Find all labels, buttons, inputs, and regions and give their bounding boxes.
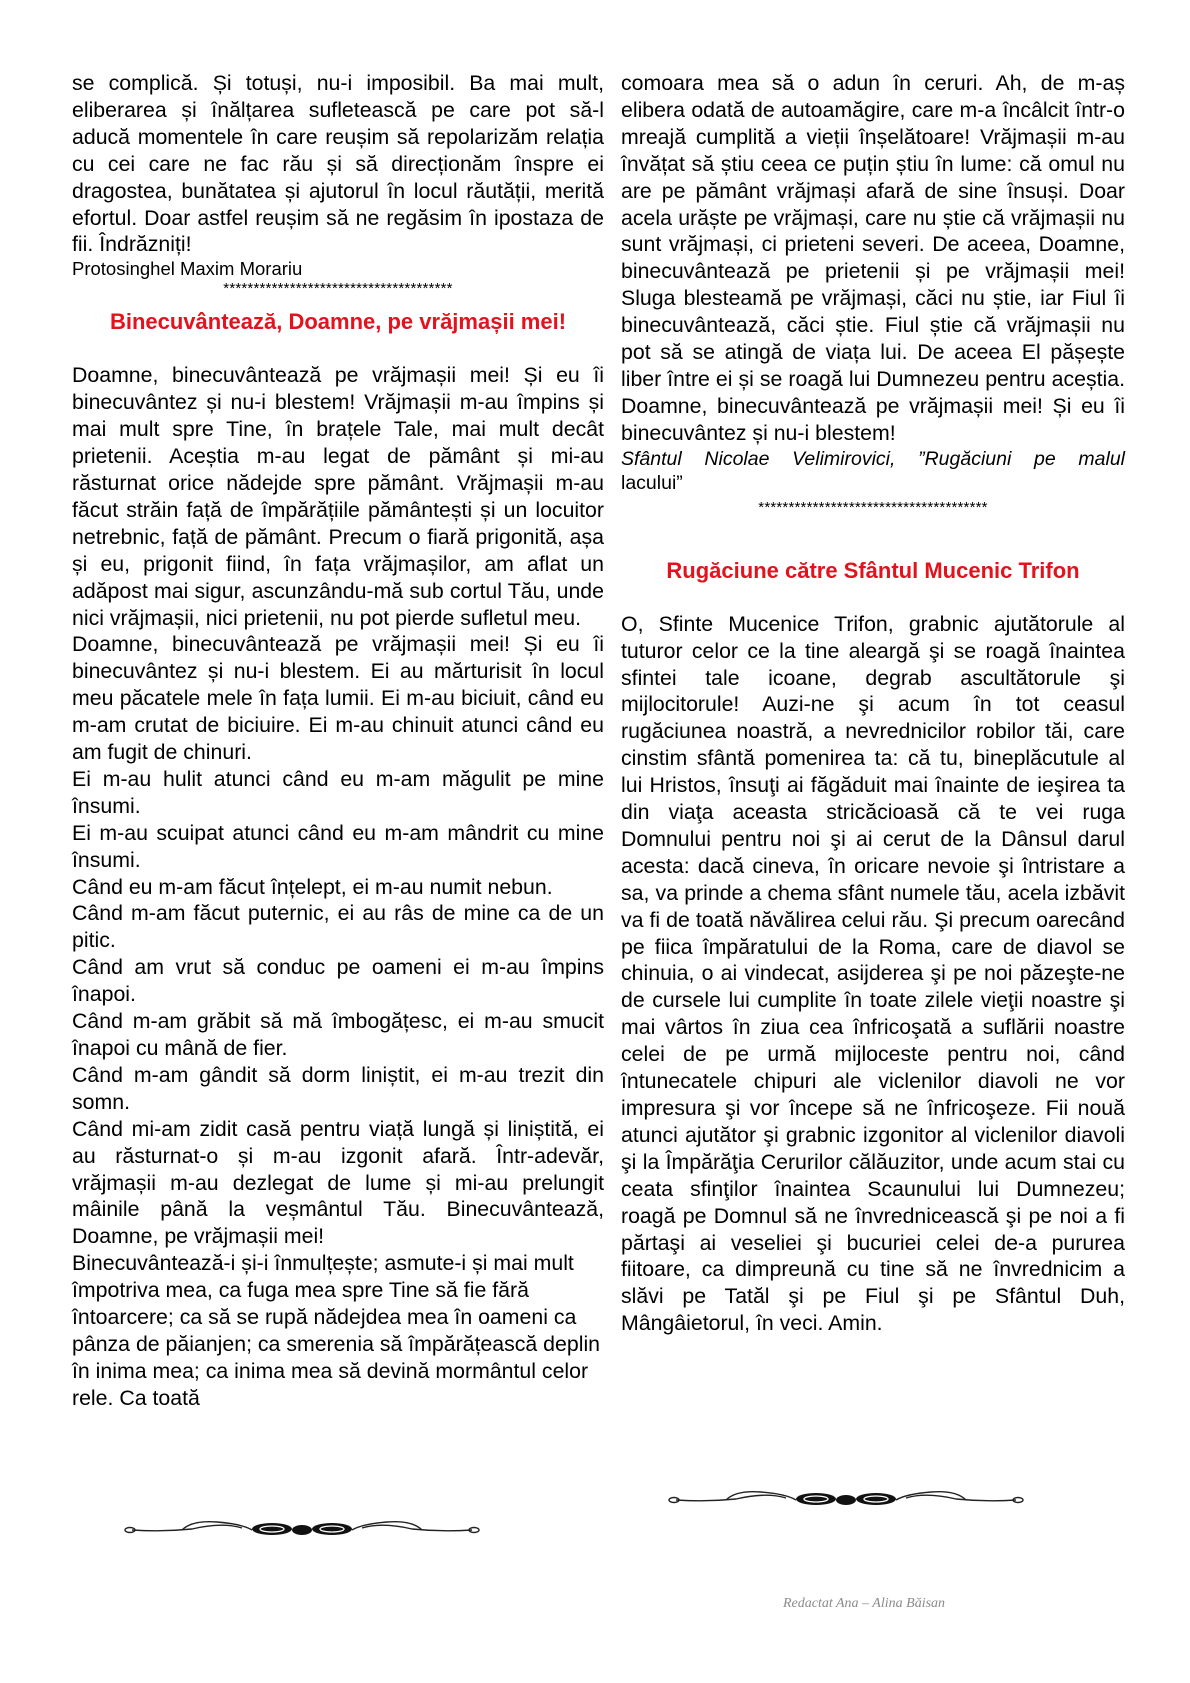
body-paragraph: Când am vrut să conduc pe oameni ei m-au… <box>72 954 604 1008</box>
citation-source: Sfântul Nicolae Velimirovici, ”Rugăciuni… <box>621 447 1125 471</box>
body-paragraph: Doamne, binecuvântează pe vrăjmașii mei!… <box>72 362 604 631</box>
body-paragraph: Când m-am grăbit să mă îmbogățesc, ei m-… <box>72 1008 604 1062</box>
body-paragraph: Când m-am gândit să dorm liniștit, ei m-… <box>72 1062 604 1116</box>
prayer-title: Rugăciune către Sfântul Mucenic Trifon <box>621 557 1125 585</box>
citation-tail: lacului” <box>621 471 1125 495</box>
intro-paragraph: se complică. Și totuși, nu-i imposibil. … <box>72 70 604 258</box>
flourish-divider-icon <box>122 1516 482 1544</box>
separator-stars: ************************************** <box>621 499 1125 517</box>
body-paragraph: Când m-am făcut puternic, ei au râs de m… <box>72 900 604 954</box>
left-column: se complică. Și totuși, nu-i imposibil. … <box>72 70 604 1412</box>
body-paragraph: Doamne, binecuvântează pe vrăjmașii mei!… <box>72 631 604 766</box>
body-paragraph: Ei m-au hulit atunci când eu m-am măguli… <box>72 766 604 820</box>
continuation-paragraph: comoara mea să o adun în ceruri. Ah, de … <box>621 70 1125 447</box>
body-paragraph: Când mi-am zidit casă pentru viață lungă… <box>72 1116 604 1251</box>
article-title: Binecuvântează, Doamne, pe vrăjmașii mei… <box>72 308 604 336</box>
footer-credit: Redactat Ana – Alina Băisan <box>783 1596 945 1612</box>
body-paragraph: Binecuvântează-i și-i înmulțește; asmute… <box>72 1250 604 1411</box>
prayer-paragraph: O, Sfinte Mucenice Trifon, grabnic ajută… <box>621 611 1125 1337</box>
right-column: comoara mea să o adun în ceruri. Ah, de … <box>621 70 1125 1337</box>
body-paragraph: Ei m-au scuipat atunci când eu m-am mând… <box>72 820 604 874</box>
flourish-divider-icon <box>666 1486 1026 1514</box>
separator-stars: ************************************** <box>72 280 604 298</box>
body-paragraph: Când eu m-am făcut înțelept, ei m-au num… <box>72 874 604 901</box>
intro-author: Protosinghel Maxim Morariu <box>72 258 604 280</box>
